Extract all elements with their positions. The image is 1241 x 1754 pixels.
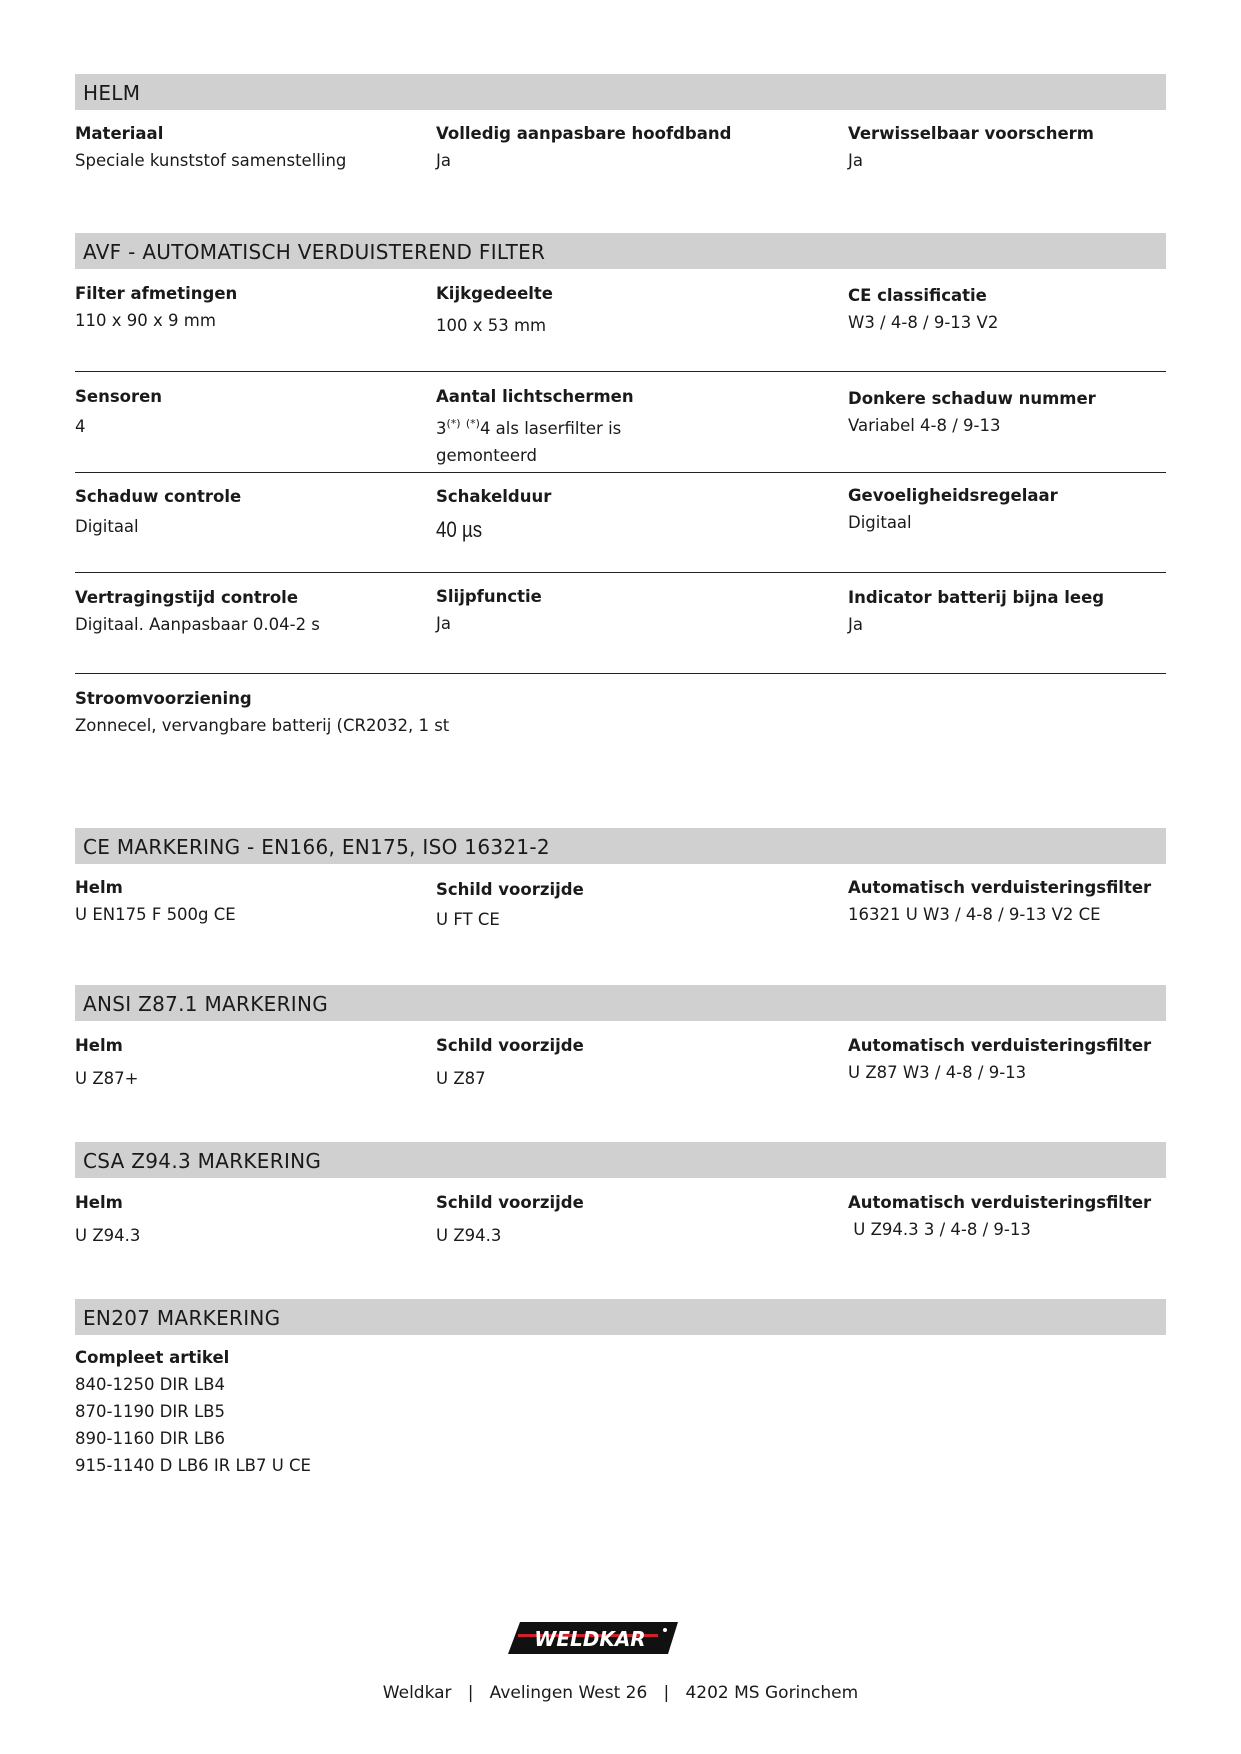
field-value: U Z87: [436, 1065, 584, 1092]
field-label: Schild voorzijde: [436, 876, 584, 903]
field-ansi-filter: Automatisch verduisteringsfilterU Z87 W3…: [848, 1032, 1151, 1086]
field-value: Zonnecel, vervangbare batterij (CR2032, …: [75, 712, 449, 739]
field-value: U Z87 W3 / 4-8 / 9-13: [848, 1059, 1151, 1086]
field-label: Filter afmetingen: [75, 280, 237, 307]
field-value: Ja: [848, 147, 1094, 174]
field-label: Schaduw controle: [75, 483, 241, 510]
field-value: Speciale kunststof samenstelling: [75, 147, 346, 174]
field-materiaal: MateriaalSpeciale kunststof samenstellin…: [75, 120, 346, 174]
field-label: Volledig aanpasbare hoofdband: [436, 120, 731, 147]
field-label: Helm: [75, 874, 236, 901]
field-value: 100 x 53 mm: [436, 312, 553, 339]
field-ce-classificatie: CE classificatieW3 / 4-8 / 9-13 V2: [848, 282, 998, 336]
section-title: CE MARKERING - EN166, EN175, ISO 16321-2: [83, 835, 550, 859]
section-header-csa: CSA Z94.3 MARKERING: [75, 1142, 1166, 1178]
section-header-helm: HELM: [75, 74, 1166, 110]
field-value: 110 x 90 x 9 mm: [75, 307, 237, 334]
field-label: Vertragingstijd controle: [75, 584, 320, 611]
field-ce-schild: Schild voorzijdeU FT CE: [436, 876, 584, 933]
field-value: 4: [75, 413, 162, 440]
list-item: 840-1250 DIR LB4: [75, 1371, 311, 1398]
field-label: Automatisch verduisteringsfilter: [848, 1189, 1151, 1216]
footer-address: Weldkar | Avelingen West 26 | 4202 MS Go…: [0, 1683, 1241, 1703]
section-title: HELM: [83, 81, 140, 105]
field-csa-helm: HelmU Z94.3: [75, 1189, 140, 1249]
field-label: Gevoeligheidsregelaar: [848, 482, 1058, 509]
field-value: Variabel 4-8 / 9-13: [848, 412, 1096, 439]
weldkar-logo: WELDKAR: [508, 1620, 678, 1656]
field-ansi-schild: Schild voorzijdeU Z87: [436, 1032, 584, 1092]
field-label: Verwisselbaar voorscherm: [848, 120, 1094, 147]
field-label: Schild voorzijde: [436, 1032, 584, 1059]
field-voorscherm: Verwisselbaar voorschermJa: [848, 120, 1094, 174]
svg-text:WELDKAR: WELDKAR: [534, 1627, 645, 1651]
field-label: CE classificatie: [848, 282, 998, 309]
field-label: Compleet artikel: [75, 1344, 311, 1371]
field-value: Ja: [436, 147, 731, 174]
section-title: EN207 MARKERING: [83, 1306, 280, 1330]
field-label: Kijkgedeelte: [436, 280, 553, 307]
field-vertragingstijd: Vertragingstijd controleDigitaal. Aanpas…: [75, 584, 320, 638]
field-schaduw-controle: Schaduw controleDigitaal: [75, 483, 241, 540]
section-header-avf: AVF - AUTOMATISCH VERDUISTEREND FILTER: [75, 233, 1166, 269]
field-kijkgedeelte: Kijkgedeelte100 x 53 mm: [436, 280, 553, 339]
field-value: 3(*) (*)4 als laserfilter is gemonteerd: [436, 410, 656, 469]
field-gevoeligheidsregelaar: GevoeligheidsregelaarDigitaal: [848, 482, 1058, 536]
footnote-marker: (*): [447, 417, 461, 430]
field-donkere-schaduw: Donkere schaduw nummerVariabel 4-8 / 9-1…: [848, 385, 1096, 439]
field-filter-afmetingen: Filter afmetingen110 x 90 x 9 mm: [75, 280, 237, 334]
field-csa-filter: Automatisch verduisteringsfilter U Z94.3…: [848, 1189, 1151, 1243]
field-label: Materiaal: [75, 120, 346, 147]
field-value: Digitaal. Aanpasbaar 0.04-2 s: [75, 611, 320, 638]
field-label: Slijpfunctie: [436, 583, 542, 610]
field-hoofdband: Volledig aanpasbare hoofdbandJa: [436, 120, 731, 174]
field-value: U Z87+: [75, 1065, 138, 1092]
field-label: Automatisch verduisteringsfilter: [848, 1032, 1151, 1059]
field-lichtschermen: Aantal lichtschermen3(*) (*)4 als laserf…: [436, 383, 656, 469]
field-label: Helm: [75, 1032, 138, 1059]
field-batterij-indicator: Indicator batterij bijna leegJa: [848, 584, 1104, 638]
field-label: Helm: [75, 1189, 140, 1216]
section-title: ANSI Z87.1 MARKERING: [83, 992, 328, 1016]
field-stroomvoorziening: StroomvoorzieningZonnecel, vervangbare b…: [75, 685, 449, 739]
value-part: 4 als laserfilter is gemonteerd: [436, 419, 621, 465]
field-label: Stroomvoorziening: [75, 685, 449, 712]
field-value: Ja: [848, 611, 1104, 638]
field-csa-schild: Schild voorzijdeU Z94.3: [436, 1189, 584, 1249]
field-value: U Z94.3 3 / 4-8 / 9-13: [848, 1216, 1151, 1243]
field-value: U FT CE: [436, 906, 584, 933]
field-label: Aantal lichtschermen: [436, 383, 656, 410]
field-value: W3 / 4-8 / 9-13 V2: [848, 309, 998, 336]
section-header-ansi: ANSI Z87.1 MARKERING: [75, 985, 1166, 1021]
field-value: U EN175 F 500g CE: [75, 901, 236, 928]
list-item: 915-1140 D LB6 IR LB7 U CE: [75, 1452, 311, 1479]
list-item: 870-1190 DIR LB5: [75, 1398, 311, 1425]
field-ce-filter: Automatisch verduisteringsfilter16321 U …: [848, 874, 1151, 928]
field-label: Donkere schaduw nummer: [848, 385, 1096, 412]
field-value: U Z94.3: [436, 1222, 584, 1249]
section-title: AVF - AUTOMATISCH VERDUISTEREND FILTER: [83, 240, 545, 264]
field-slijpfunctie: SlijpfunctieJa: [436, 583, 542, 637]
field-label: Sensoren: [75, 383, 162, 410]
value-part: 3: [436, 419, 447, 438]
field-label: Indicator batterij bijna leeg: [848, 584, 1104, 611]
field-value: Ja: [436, 610, 542, 637]
field-label: Automatisch verduisteringsfilter: [848, 874, 1151, 901]
field-sensoren: Sensoren4: [75, 383, 162, 440]
field-value: 40 µs: [436, 516, 482, 543]
field-value: 16321 U W3 / 4-8 / 9-13 V2 CE: [848, 901, 1151, 928]
footnote-marker: (*): [466, 417, 480, 430]
field-ansi-helm: HelmU Z87+: [75, 1032, 138, 1092]
field-en207-compleet: Compleet artikel 840-1250 DIR LB4 870-11…: [75, 1344, 311, 1479]
divider: [75, 371, 1166, 372]
field-value: Digitaal: [848, 509, 1058, 536]
divider: [75, 673, 1166, 674]
field-value: U Z94.3: [75, 1222, 140, 1249]
field-label: Schild voorzijde: [436, 1189, 584, 1216]
section-title: CSA Z94.3 MARKERING: [83, 1149, 321, 1173]
section-header-en207: EN207 MARKERING: [75, 1299, 1166, 1335]
divider: [75, 472, 1166, 473]
field-schakelduur: Schakelduur40 µs: [436, 483, 551, 545]
field-label: Schakelduur: [436, 483, 551, 510]
section-header-ce: CE MARKERING - EN166, EN175, ISO 16321-2: [75, 828, 1166, 864]
field-ce-helm: HelmU EN175 F 500g CE: [75, 874, 236, 928]
list-item: 890-1160 DIR LB6: [75, 1425, 311, 1452]
divider: [75, 572, 1166, 573]
field-value: Digitaal: [75, 513, 241, 540]
